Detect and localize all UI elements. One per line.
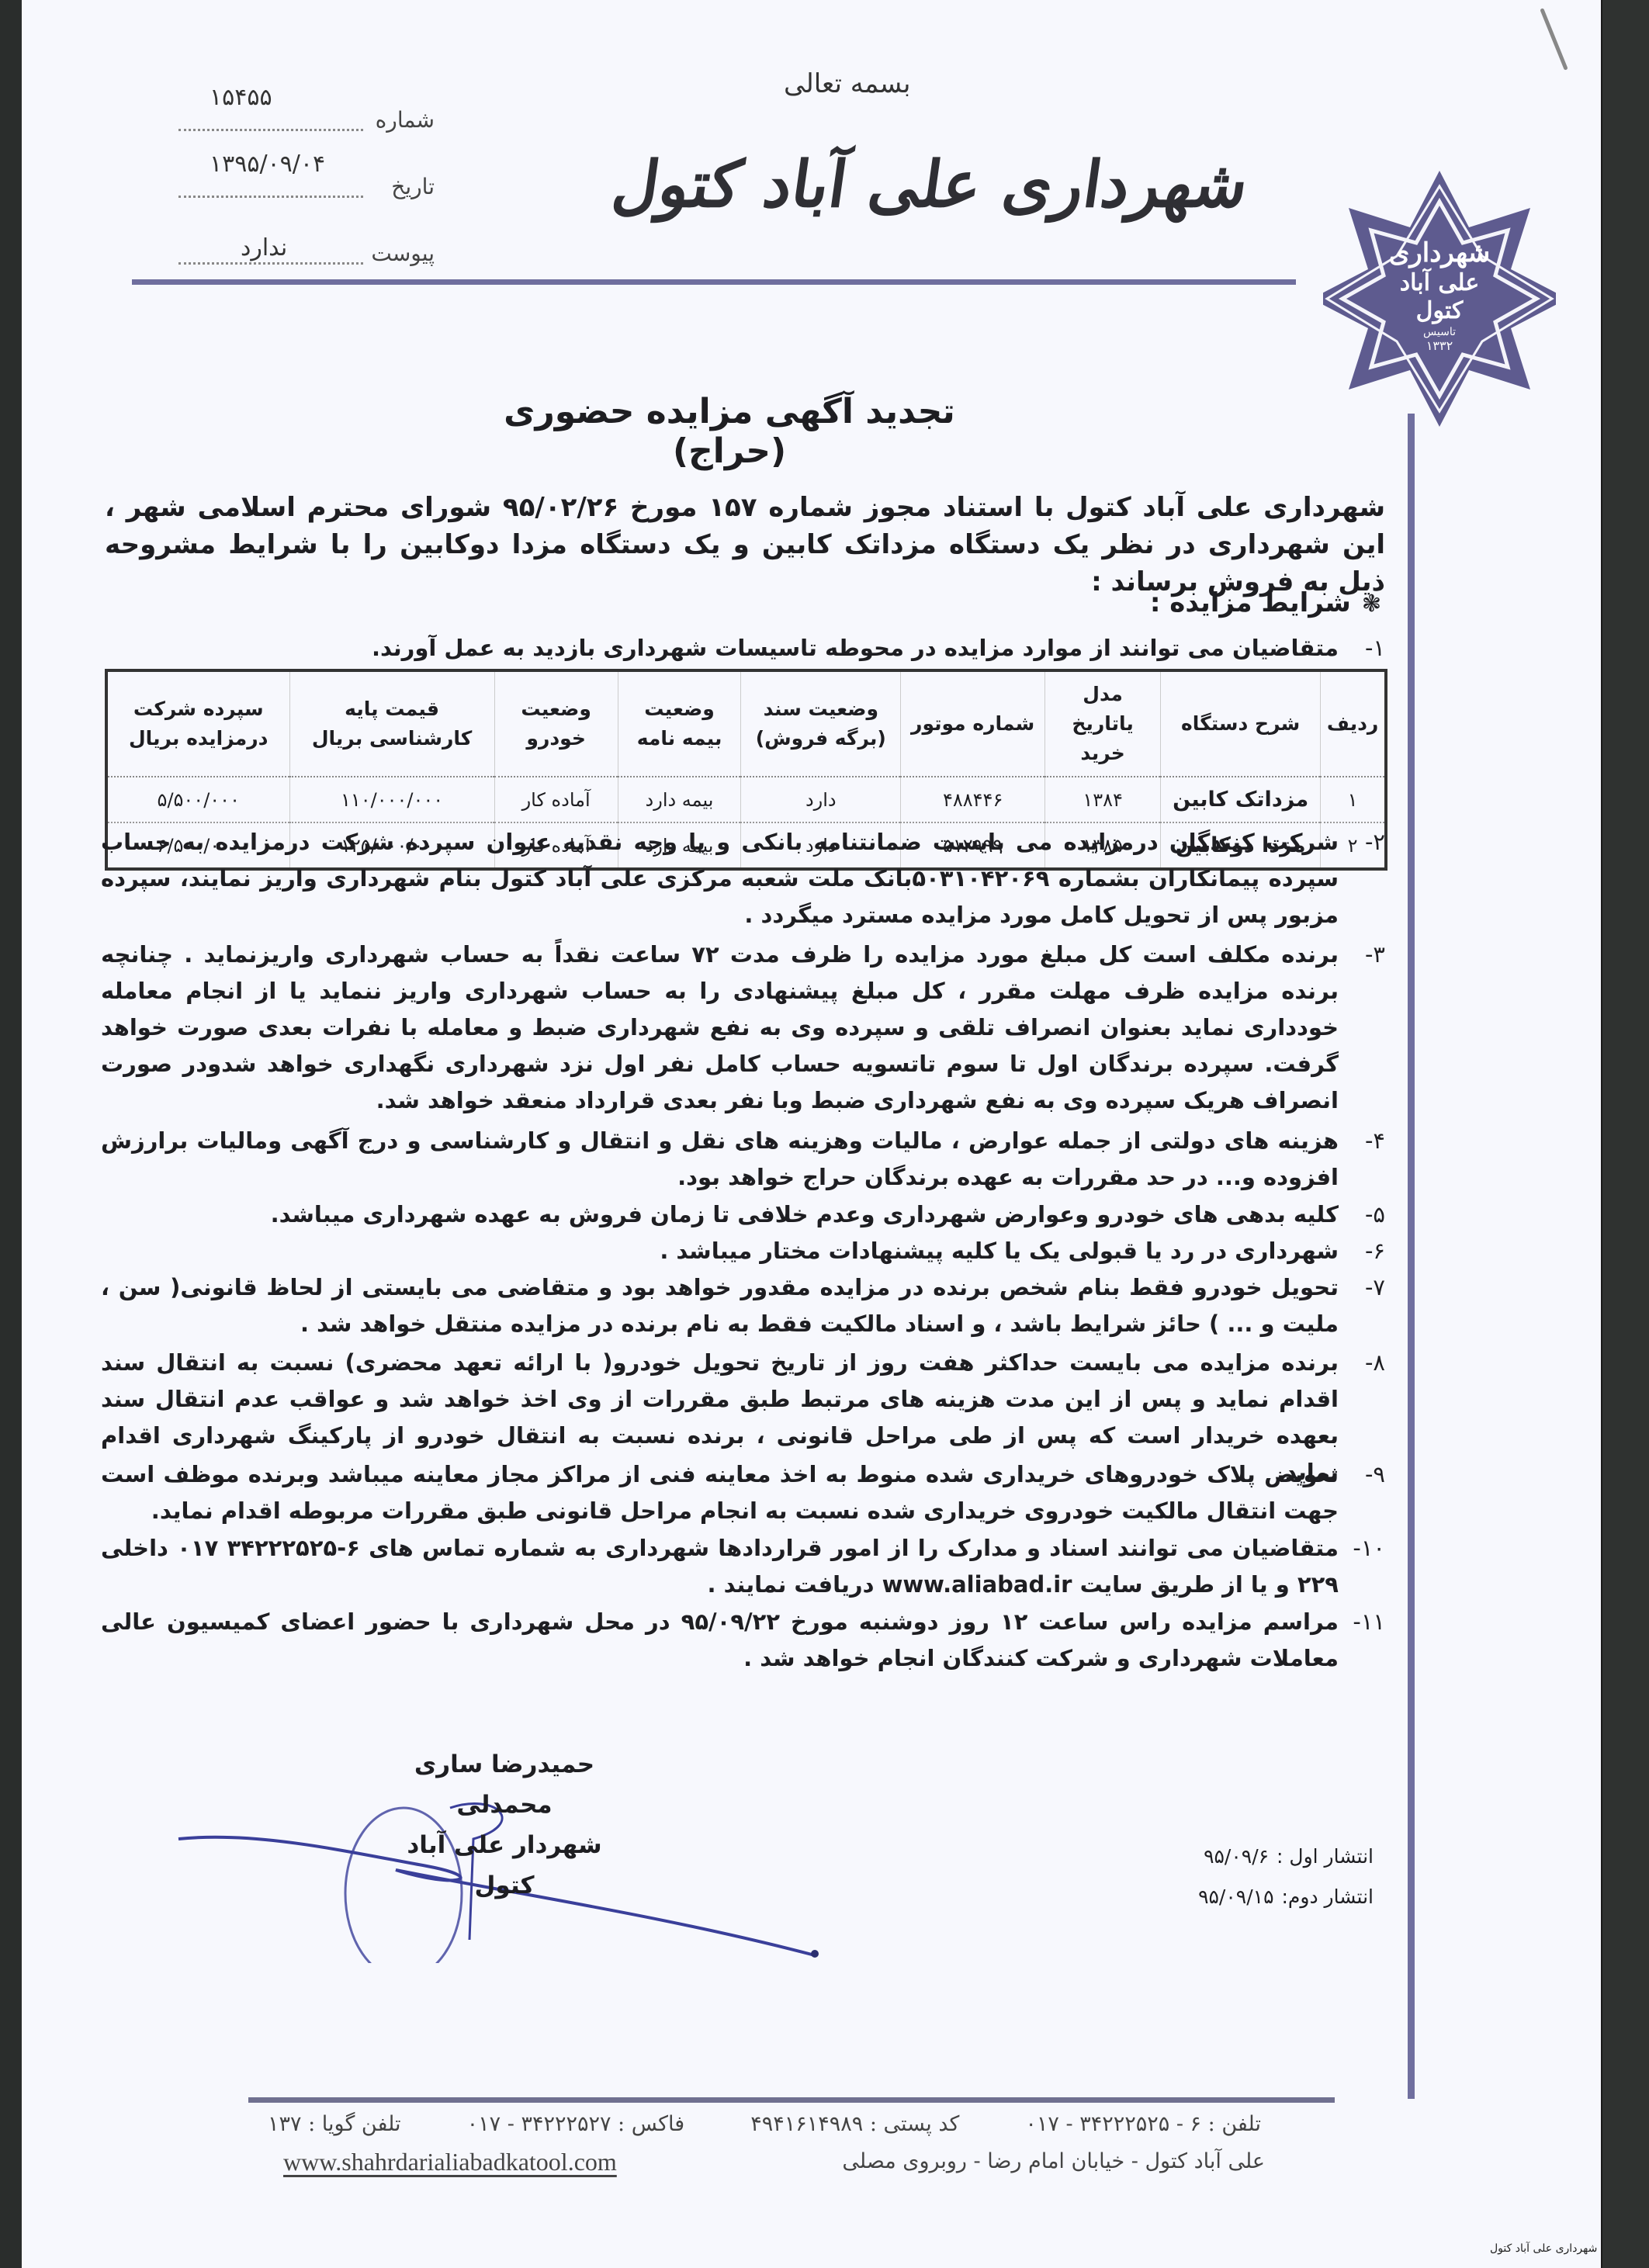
conditions-heading: ❃شرایط مزایده : [931,587,1381,618]
condition-number: ۱۱- [1346,1604,1385,1640]
basmala: بسمه تعالی [784,68,910,99]
meta-label: تاریخ [391,174,435,199]
publication-date: ۹۵/۰۹/۱۵ [1198,1877,1273,1917]
meta-field-attachment: پیوست ندارد [178,207,435,274]
cell-base-price: ۱۱۰/۰۰۰/۰۰۰ [289,777,494,822]
logo-line: علی آباد کتول [1381,269,1498,325]
condition-item-6: ۶- شهرداری در رد یا قبولی یک یا کلیه پیش… [101,1233,1385,1269]
condition-text: شرکت کنندگان درمزایده می بایست ضمانتنامه… [101,824,1339,933]
col-deposit: سپرده شرکت درمزایده بریال [106,670,289,777]
footer-phone: تلفن : ۶ - ۳۴۲۲۲۵۲۵ - ۰۱۷ [1025,2112,1261,2136]
intro-paragraph: شهرداری علی آباد کتول با استناد مجوز شما… [105,489,1385,601]
condition-text: تحویل خودرو فقط بنام شخص برنده در مزایده… [101,1269,1339,1342]
condition-number: ۹- [1346,1456,1385,1493]
notice-title: تجدید آگهی مزایده حضوری (حراج) [481,392,978,471]
margin-divider [1408,414,1415,2099]
footer-website-link[interactable]: www.shahrdarialiabadkatool.com [283,2148,617,2176]
publication-dates: انتشار اول : ۹۵/۰۹/۶ انتشار دوم: ۹۵/۰۹/۱… [1125,1837,1374,1917]
condition-item-3: ۳- برنده مکلف است کل مبلغ مورد مزایده را… [101,937,1385,1119]
meta-label: پیوست [371,241,435,266]
col-row: ردیف [1321,670,1386,777]
condition-text: تعویض پلاک خودروهای خریداری شده منوط به … [101,1456,1339,1529]
condition-item-10: ۱۰- متقاضیان می توانند اسناد و مدارک را … [101,1530,1385,1603]
logo-line: شهرداری [1381,237,1498,269]
signatory-name: حمیدرضا ساری محمدلی [376,1744,632,1825]
condition-number: ۴- [1346,1123,1385,1159]
condition-text: کلیه بدهی های خودرو وعوارض شهرداری وعدم … [101,1196,1339,1233]
cell-row: ۱ [1321,777,1386,822]
condition-number: ۷- [1346,1269,1385,1306]
col-base-price: قیمت پایه کارشناسی بریال [289,670,494,777]
condition-number: ۱- [1346,630,1385,667]
condition-item-7: ۷- تحویل خودرو فقط بنام شخص برنده در مزا… [101,1269,1385,1342]
cell-engine-number: ۴۸۸۴۴۶ [901,777,1045,822]
col-description: شرح دستگاه [1161,670,1321,777]
condition-item-5: ۵- کلیه بدهی های خودرو وعوارض شهرداری وع… [101,1196,1385,1233]
condition-text: مراسم مزایده راس ساعت ۱۲ روز دوشنبه مورخ… [101,1604,1339,1677]
col-insurance-status: وضعیت بیمه نامه [618,670,741,777]
meta-value: ندارد [241,234,287,261]
asterisk-icon: ❃ [1362,590,1381,618]
org-name-heading: شهرداری علی آباد کتول [608,147,1252,222]
meta-field-date: تاریخ ۱۳۹۵/۰۹/۰۴ [178,140,435,207]
scan-edge-right [1601,0,1649,2268]
dotted-line [178,196,363,198]
condition-number: ۶- [1346,1233,1385,1269]
table-row: ۱ مزداتک کابین ۱۳۸۴ ۴۸۸۴۴۶ دارد بیمه دار… [106,777,1386,822]
condition-text: متقاضیان می توانند از موارد مزایده در مح… [101,630,1339,667]
condition-item-4: ۴- هزینه های دولتی از جمله عوارض ، مالیا… [101,1123,1385,1196]
condition-number: ۱۰- [1346,1530,1385,1567]
cell-document-status: دارد [741,777,901,822]
corner-watermark: شهرداری علی آباد کتول [1490,2242,1597,2255]
meta-field-number: شماره ۱۵۴۵۵ [178,74,435,140]
footer-address: علی آباد کتول - خیابان امام رضا - روبروی… [815,2149,1265,2173]
condition-item-9: ۹- تعویض پلاک خودروهای خریداری شده منوط … [101,1456,1385,1529]
cell-description: مزداتک کابین [1161,777,1321,822]
publication-label: انتشار اول : [1277,1837,1374,1877]
table-header-row: ردیف شرح دستگاه مدل یاتاریخ خرید شماره م… [106,670,1386,777]
col-vehicle-status: وضعیت خودرو [494,670,618,777]
condition-text: شهرداری در رد یا قبولی یک یا کلیه پیشنها… [101,1233,1339,1269]
condition-number: ۸- [1346,1345,1385,1381]
condition-text: هزینه های دولتی از جمله عوارض ، مالیات و… [101,1123,1339,1196]
dotted-line [178,129,363,131]
footer-contact-line: تلفن : ۶ - ۳۴۲۲۲۵۲۵ - ۰۱۷ کد پستی : ۴۹۴۱… [268,2112,1261,2136]
conditions-heading-text: شرایط مزایده : [1150,587,1351,618]
letter-meta-fields: شماره ۱۵۴۵۵ تاریخ ۱۳۹۵/۰۹/۰۴ پیوست ندارد [178,74,435,274]
meta-label: شماره [376,107,435,133]
condition-item-11: ۱۱- مراسم مزایده راس ساعت ۱۲ روز دوشنبه … [101,1604,1385,1677]
logo-line: تاسیس [1381,325,1498,339]
publication-second: انتشار دوم: ۹۵/۰۹/۱۵ [1125,1877,1374,1917]
logo-caption: شهرداری علی آباد کتول تاسیس ۱۳۳۲ [1381,237,1498,353]
publication-first: انتشار اول : ۹۵/۰۹/۶ [1125,1837,1374,1877]
cell-vehicle-status: آماده کار [494,777,618,822]
footer-voice-phone: تلفن گویا : ۱۳۷ [268,2112,401,2136]
condition-item-2: ۲- شرکت کنندگان درمزایده می بایست ضمانتن… [101,824,1385,933]
scan-edge-left [0,0,22,2268]
col-model-year: مدل یاتاریخ خرید [1045,670,1161,777]
condition-number: ۲- [1346,824,1385,860]
cell-insurance-status: بیمه دارد [618,777,741,822]
footer-fax: فاکس : ۳۴۲۲۲۵۲۷ - ۰۱۷ [467,2112,685,2136]
footer-postal-code: کد پستی : ۴۹۴۱۶۱۴۹۸۹ [750,2112,959,2136]
dotted-line [178,262,363,265]
meta-value: ۱۳۹۵/۰۹/۰۴ [210,151,325,178]
condition-text: برنده مکلف است کل مبلغ مورد مزایده را ظر… [101,937,1339,1119]
cell-deposit: ۵/۵۰۰/۰۰۰ [106,777,289,822]
publication-date: ۹۵/۰۹/۶ [1204,1837,1269,1877]
publication-label: انتشار دوم: [1282,1877,1374,1917]
meta-value: ۱۵۴۵۵ [210,84,272,111]
condition-text: متقاضیان می توانند اسناد و مدارک را از ا… [101,1530,1339,1603]
condition-item-1: ۱- متقاضیان می توانند از موارد مزایده در… [101,630,1385,667]
col-document-status: وضعیت سند (برگه فروش) [741,670,901,777]
header-divider [132,279,1296,285]
condition-number: ۳- [1346,937,1385,973]
signature-block: حمیدرضا ساری محمدلی شهردار علی آباد کتول [376,1744,632,1906]
col-engine-number: شماره موتور [901,670,1045,777]
signatory-position: شهردار علی آباد کتول [376,1825,632,1906]
logo-line: ۱۳۳۲ [1381,339,1498,353]
footer-divider [248,2097,1335,2103]
cell-model-year: ۱۳۸۴ [1045,777,1161,822]
condition-number: ۵- [1346,1196,1385,1233]
